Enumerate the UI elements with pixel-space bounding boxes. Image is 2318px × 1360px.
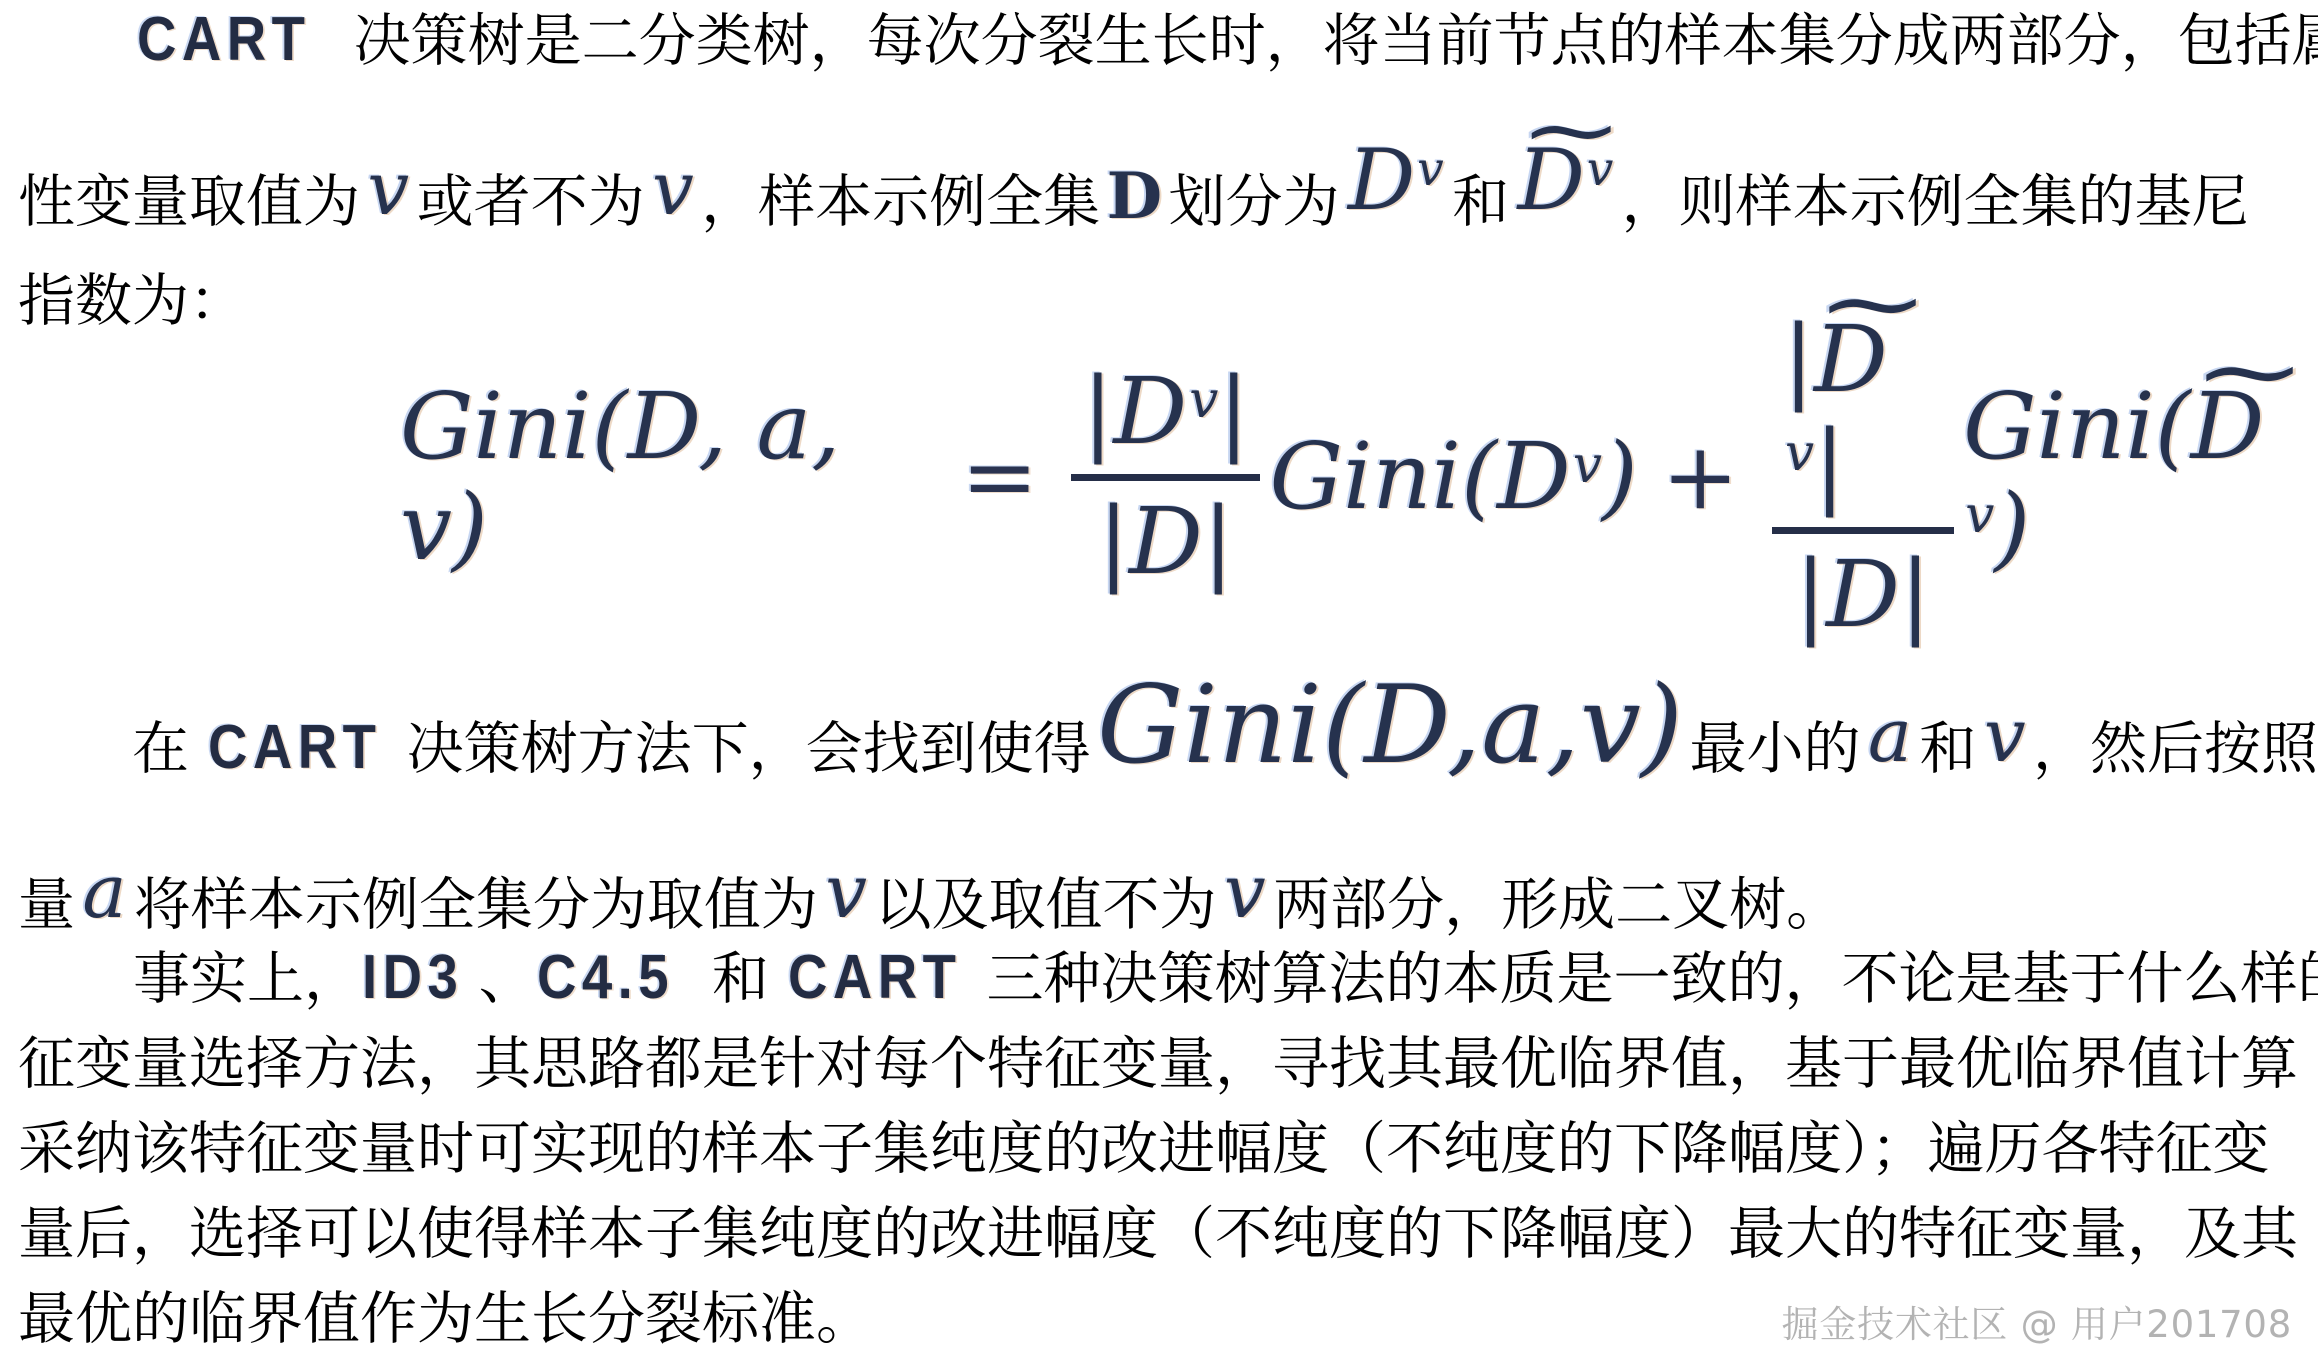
math-v: v xyxy=(1224,849,1266,935)
text-run: 事实上， xyxy=(133,946,361,1012)
text-run: 在 xyxy=(132,716,207,782)
math-GiniDav: Gini(D,a,v) xyxy=(1097,663,1683,788)
text-run: 量 xyxy=(18,872,75,938)
text-run: 采纳该特征变量时可实现的样本子集纯度的改进幅度（不纯度的下降幅度）；遍历各特征变 xyxy=(18,1116,2270,1182)
text-run: 最小的 xyxy=(1690,716,1861,782)
fraction: |Dv||D| xyxy=(1071,359,1260,594)
math-v: v xyxy=(1984,693,2026,779)
tilde-mark: ~ xyxy=(1815,251,1931,357)
text-line: CART 决策树是二分类树，每次分裂生长时，将当前节点的样本集分成两部分，包括属 xyxy=(136,12,2318,72)
text-line: 在 CART决策树方法下，会找到使得Gini(D,a,v)最小的a和v，然后按照… xyxy=(132,720,2318,780)
text-run: 指数为： xyxy=(18,268,246,334)
text-run: 将样本示例全集分为取值为 xyxy=(134,872,818,938)
math-GiniDv: Gini(~Dv) xyxy=(1963,376,2318,578)
fraction-numerator: |Dv| xyxy=(1071,359,1260,481)
math-GiniDav: Gini(D, a, v) xyxy=(400,376,937,578)
text-line: 征变量选择方法，其思路都是针对每个特征变量，寻找其最优临界值，基于最优临界值计算 xyxy=(18,1035,2298,1095)
text-run: 决策树方法下，会找到使得 xyxy=(407,716,1091,782)
math-Dv: ~Dv xyxy=(1517,131,1613,229)
text-run: 以及取值不为 xyxy=(875,872,1217,938)
math-v: v xyxy=(652,146,694,232)
text-line: 指数为： xyxy=(18,272,246,332)
math-a: a xyxy=(1868,693,1912,779)
text-run: 性变量取值为 xyxy=(18,169,360,235)
gini-split-formula: Gini(D, a, v)=|Dv||D|Gini(Dv)+|~Dv||D|Gi… xyxy=(400,352,2318,602)
text-run: ，然后按照特征变 xyxy=(2033,716,2318,782)
text-run: 和 xyxy=(1919,716,1976,782)
equals-operator: = xyxy=(961,431,1038,523)
plus-operator: + xyxy=(1662,431,1739,523)
fraction-denominator: |D| xyxy=(1087,481,1245,594)
math-v: v xyxy=(367,146,409,232)
text-line: 性变量取值为v或者不为v，样本示例全集D划分为Dv和~Dv，则样本示例全集的基尼 xyxy=(18,170,2249,233)
tilde-mark: ~ xyxy=(2192,321,2308,422)
text-run: 划分为 xyxy=(1168,169,1339,235)
text-line: 量后，选择可以使得样本子集纯度的改进幅度（不纯度的下降幅度）最大的特征变量，及其 xyxy=(18,1205,2298,1265)
article-page: CART 决策树是二分类树，每次分裂生长时，将当前节点的样本集分成两部分，包括属… xyxy=(0,0,2318,1360)
text-run: 量后，选择可以使得样本子集纯度的改进幅度（不纯度的下降幅度）最大的特征变量，及其 xyxy=(18,1201,2298,1267)
text-run: 和 xyxy=(1452,169,1509,235)
text-run: 最优的临界值作为生长分裂标准。 xyxy=(18,1286,873,1352)
text-run: 和 xyxy=(694,946,787,1012)
math-a: a xyxy=(82,849,126,935)
text-run: 或者不为 xyxy=(417,169,645,235)
text-run: ，则样本示例全集的基尼 xyxy=(1622,169,2249,235)
text-run: 决策树是二分类树，每次分裂生长时，将当前节点的样本集分成两部分，包括属 xyxy=(335,8,2318,74)
text-run: 、 xyxy=(479,946,536,1012)
text-line: 采纳该特征变量时可实现的样本子集纯度的改进幅度（不纯度的下降幅度）；遍历各特征变 xyxy=(18,1120,2270,1180)
text-line: 事实上，ID3、C4.5 和 CART三种决策树算法的本质是一致的，不论是基于什… xyxy=(133,950,2318,1010)
text-line: 最优的临界值作为生长分裂标准。 xyxy=(18,1290,873,1350)
text-run: 征变量选择方法，其思路都是针对每个特征变量，寻找其最优临界值，基于最优临界值计算 xyxy=(18,1031,2298,1097)
watermark: 掘金技术社区 @ 用户201708 xyxy=(1782,1294,2292,1348)
math-GiniDv: Gini(Dv) xyxy=(1270,426,1638,527)
text-run: 两部分，形成二叉树。 xyxy=(1273,872,1843,938)
fraction-numerator: |~Dv| xyxy=(1772,307,1954,535)
math-Dv: Dv xyxy=(1348,131,1444,229)
math-D: D xyxy=(1107,159,1163,234)
text-line: 量a将样本示例全集分为取值为v以及取值不为v两部分，形成二叉树。 xyxy=(18,876,1843,936)
fraction-denominator: |D| xyxy=(1784,534,1942,647)
fraction: |~Dv||D| xyxy=(1772,307,1954,648)
text-run: 三种决策树算法的本质是一致的，不论是基于什么样的特 xyxy=(987,946,2318,1012)
math-v: v xyxy=(825,849,867,935)
text-run: ，样本示例全集 xyxy=(701,169,1100,235)
